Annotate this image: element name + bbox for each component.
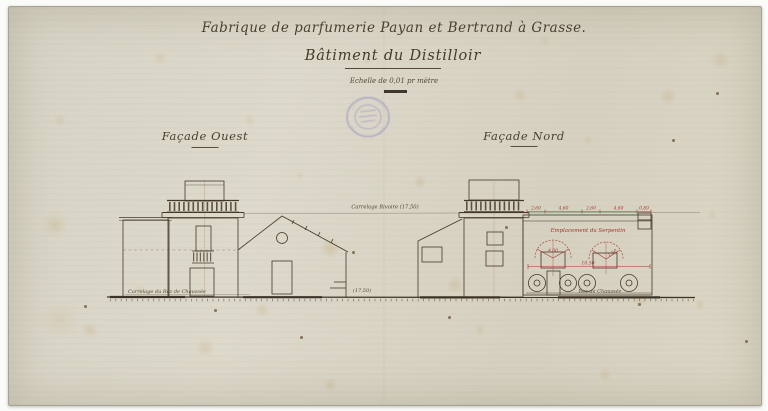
arc-dim-left: 4,00 bbox=[547, 249, 558, 254]
elevation-drawings: Carrelage Rivoire (17,50) bbox=[0, 0, 768, 411]
north-elevation-drawing bbox=[418, 180, 652, 297]
ground-line bbox=[107, 297, 695, 300]
dim-top-5: 0,80 bbox=[639, 207, 649, 212]
ground-note-mid: (17,50) bbox=[353, 287, 371, 294]
red-dimensions: 2,60 4,60 2,60 4,60 0,80 Emplacement du … bbox=[527, 207, 651, 277]
west-elevation-drawing bbox=[119, 180, 348, 297]
upper-level-label: Carrelage Rivoire (17,50) bbox=[351, 204, 418, 211]
scanned-plan-page: { "document": { "title": "Fabrique de pa… bbox=[0, 0, 768, 411]
ground-note-left: Carrelage du Rez de Chaussée bbox=[128, 288, 206, 295]
red-caption: Emplacement du Serpentin bbox=[550, 228, 626, 234]
round-ink-stamp-icon bbox=[347, 98, 389, 137]
dim-top-4: 4,60 bbox=[613, 207, 624, 212]
overall-width-dim: 10,50 bbox=[581, 261, 594, 267]
dim-top-3: 2,60 bbox=[585, 207, 596, 212]
dim-top-1: 2,60 bbox=[530, 207, 541, 212]
ground-note-right: Rez de Chaussée bbox=[578, 288, 622, 295]
dim-top-2: 4,60 bbox=[558, 207, 569, 212]
